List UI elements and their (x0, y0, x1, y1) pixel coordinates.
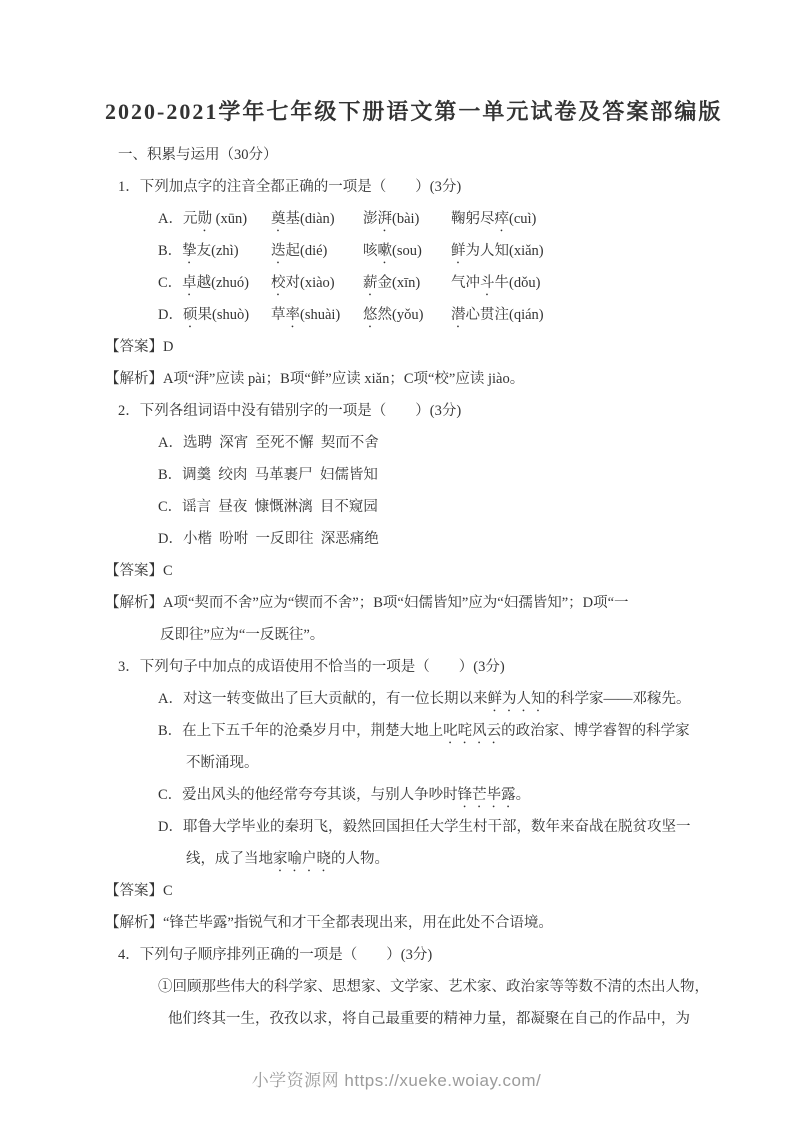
text-segment: 的政治家、博学睿智的科学家 (501, 723, 690, 739)
q3-option-d-line-2: 线，成了当地家喻户晓的人物。 (186, 843, 693, 875)
q1-a-item-2: 奠基(diàn) (271, 203, 363, 235)
text-segment: 气冲 (451, 275, 480, 291)
q1-d-item-2: 草率(shuài) (271, 299, 363, 331)
q2-option-b: B．调羹 绞肉 马革裹尸 妇儒皆知 (158, 459, 693, 491)
q3-option-d-line-1: D．耶鲁大学毕业的秦玥飞，毅然回国担任大学生村干部，数年来奋战在脱贫攻坚一 (158, 811, 693, 843)
dotted-text: 挚 (182, 243, 197, 259)
text-segment: 牛(dǒu) (495, 275, 541, 291)
dotted-text: 家喻户晓 (273, 851, 331, 867)
text-segment: 对(xiào) (286, 275, 335, 291)
text-segment: (xūn) (212, 211, 247, 227)
section-heading: 一、积累与运用（30分） (118, 139, 693, 171)
text-segment: D． (158, 307, 183, 323)
text-segment: B．在上下五千年的沧桑岁月中，荆楚大地上 (158, 723, 443, 739)
text-segment: 草 (271, 307, 286, 323)
dotted-text: 校 (271, 275, 286, 291)
question-4: 4．下列句子顺序排列正确的一项是（ ）(3分) ①回顾那些伟大的科学家、思想家、… (105, 939, 693, 1035)
q1-b-item-3: 咳嗽(sou) (363, 235, 451, 267)
text-segment: 心贯注(qián) (466, 307, 544, 323)
text-segment: 的人物。 (331, 851, 389, 867)
text-segment: 为人知(xiǎn) (466, 243, 544, 259)
q1-c-item-4: 气冲斗牛(dǒu) (451, 267, 693, 299)
dotted-text: 锋芒毕露 (458, 787, 516, 803)
q1-d-item-1: D．硕果(shuò) (158, 299, 271, 331)
q1-b-item-4: 鲜为人知(xiǎn) (451, 235, 693, 267)
q2-option-c: C．谣言 昼夜 慷慨淋漓 目不窥园 (158, 491, 693, 523)
q2-analysis-line-1: 【解析】A项“契而不舍”应为“锲而不舍”；B项“妇儒皆知”应为“妇孺皆知”；D项… (105, 587, 693, 619)
q1-option-c: C．卓越(zhuó) 校对(xiào) 薪金(xīn) 气冲斗牛(dǒu) (158, 267, 693, 299)
text-segment: 金(xīn) (378, 275, 421, 291)
text-segment: 然(yǒu) (378, 307, 424, 323)
text-segment: 线，成了当地 (186, 851, 273, 867)
dotted-text: 斗 (480, 275, 495, 291)
q1-c-item-2: 校对(xiào) (271, 267, 363, 299)
q2-option-d: D．小楷 吩咐 一反即往 深恶痛绝 (158, 523, 693, 555)
q1-stem: 1．下列加点字的注音全都正确的一项是（ ）(3分) (118, 171, 693, 203)
dotted-text: 潜 (451, 307, 466, 323)
question-2: 2．下列各组词语中没有错别字的一项是（ ）(3分) A．选聘 深宵 至死不懈 契… (105, 395, 693, 651)
text-segment: 的科学家——邓稼先。 (545, 691, 690, 707)
text-segment: A．对这一转变做出了巨大贡献的，有一位长期以来 (158, 691, 487, 707)
q3-option-a: A．对这一转变做出了巨大贡献的，有一位长期以来鲜为人知的科学家——邓稼先。 (158, 683, 693, 715)
q1-c-item-3: 薪金(xīn) (363, 267, 451, 299)
dotted-text: 嗽 (378, 243, 393, 259)
dotted-text: 卓 (182, 275, 197, 291)
dotted-text: 薪 (363, 275, 378, 291)
q2-answer: 【答案】C (105, 555, 693, 587)
q2-stem: 2．下列各组词语中没有错别字的一项是（ ）(3分) (118, 395, 693, 427)
dotted-text: 奠 (271, 211, 286, 227)
q3-option-b-line-1: B．在上下五千年的沧桑岁月中，荆楚大地上叱咤风云的政治家、博学睿智的科学家 (158, 715, 693, 747)
q3-stem: 3．下列句子中加点的成语使用不恰当的一项是（ ）(3分) (118, 651, 693, 683)
text-segment: (bài) (392, 211, 419, 227)
exam-page: 2020-2021学年七年级下册语文第一单元试卷及答案部编版 一、积累与运用（3… (0, 0, 793, 1122)
text-segment: A．元 (158, 211, 197, 227)
q1-d-item-4: 潜心贯注(qián) (451, 299, 693, 331)
q4-sentence-1-line-1: ①回顾那些伟大的科学家、思想家、文学家、艺术家、政治家等等数不清的杰出人物， (158, 971, 693, 1003)
q1-a-item-3: 澎湃(bài) (363, 203, 451, 235)
q3-analysis: 【解析】“锋芒毕露”指锐气和才干全都表现出来，用在此处不合语境。 (105, 907, 693, 939)
exam-title: 2020-2021学年七年级下册语文第一单元试卷及答案部编版 (105, 97, 693, 127)
dotted-text: 瘁 (495, 211, 510, 227)
q4-stem: 4．下列句子顺序排列正确的一项是（ ）(3分) (118, 939, 693, 971)
q2-option-a: A．选聘 深宵 至死不懈 契而不舍 (158, 427, 693, 459)
q3-option-b-line-2: 不断涌现。 (186, 747, 693, 779)
q1-analysis: 【解析】A项“湃”应读 pài；B项“鲜”应读 xiǎn；C项“校”应读 jià… (105, 363, 693, 395)
watermark-footer: 小学资源网 https://xueke.woiay.com/ (0, 1066, 793, 1091)
text-segment: 友(zhì) (197, 243, 239, 259)
text-segment: (cuì) (509, 211, 536, 227)
dotted-text: 叱咤风云 (443, 723, 501, 739)
q1-b-item-2: 迭起(dié) (271, 235, 363, 267)
dotted-text: 悠 (363, 307, 378, 323)
q1-b-item-1: B．挚友(zhì) (158, 235, 271, 267)
dotted-text: 勋 (197, 211, 212, 227)
dotted-text: 鲜 (451, 243, 466, 259)
q1-a-item-4: 鞠躬尽瘁(cuì) (451, 203, 693, 235)
question-1: 1．下列加点字的注音全都正确的一项是（ ）(3分) A．元勋 (xūn) 奠基(… (105, 171, 693, 395)
q1-a-item-1: A．元勋 (xūn) (158, 203, 271, 235)
text-segment: 澎 (363, 211, 378, 227)
q1-d-item-3: 悠然(yǒu) (363, 299, 451, 331)
q3-option-c: C．爱出风头的他经常夸夸其谈，与别人争吵时锋芒毕露。 (158, 779, 693, 811)
text-segment: 越(zhuó) (197, 275, 249, 291)
dotted-text: 率 (286, 307, 301, 323)
q1-option-d: D．硕果(shuò) 草率(shuài) 悠然(yǒu) 潜心贯注(qián) (158, 299, 693, 331)
dotted-text: 硕 (183, 307, 198, 323)
dotted-text: 迭 (271, 243, 286, 259)
text-segment: C． (158, 275, 182, 291)
text-segment: 。 (516, 787, 531, 803)
q4-sentence-1-line-2: 他们终其一生，孜孜以求，将自己最重要的精神力量，都凝聚在自己的作品中，为 (168, 1003, 693, 1035)
q3-answer: 【答案】C (105, 875, 693, 907)
q1-option-b: B．挚友(zhì) 迭起(dié) 咳嗽(sou) 鲜为人知(xiǎn) (158, 235, 693, 267)
text-segment: C．爱出风头的他经常夸夸其谈，与别人争吵时 (158, 787, 458, 803)
question-3: 3．下列句子中加点的成语使用不恰当的一项是（ ）(3分) A．对这一转变做出了巨… (105, 651, 693, 939)
text-segment: (sou) (392, 243, 422, 259)
dotted-text: 湃 (378, 211, 393, 227)
text-segment: 起(dié) (286, 243, 328, 259)
text-segment: 鞠躬尽 (451, 211, 495, 227)
q1-option-a: A．元勋 (xūn) 奠基(diàn) 澎湃(bài) 鞠躬尽瘁(cuì) (158, 203, 693, 235)
text-segment: 基(diàn) (286, 211, 335, 227)
q1-c-item-1: C．卓越(zhuó) (158, 267, 271, 299)
text-segment: 咳 (363, 243, 378, 259)
dotted-text: 鲜为人知 (487, 691, 545, 707)
text-segment: (shuài) (300, 307, 340, 323)
q2-analysis-line-2: 反即往”应为“一反既往”。 (160, 619, 693, 651)
text-segment: B． (158, 243, 182, 259)
q1-answer: 【答案】D (105, 331, 693, 363)
text-segment: 果(shuò) (197, 307, 249, 323)
